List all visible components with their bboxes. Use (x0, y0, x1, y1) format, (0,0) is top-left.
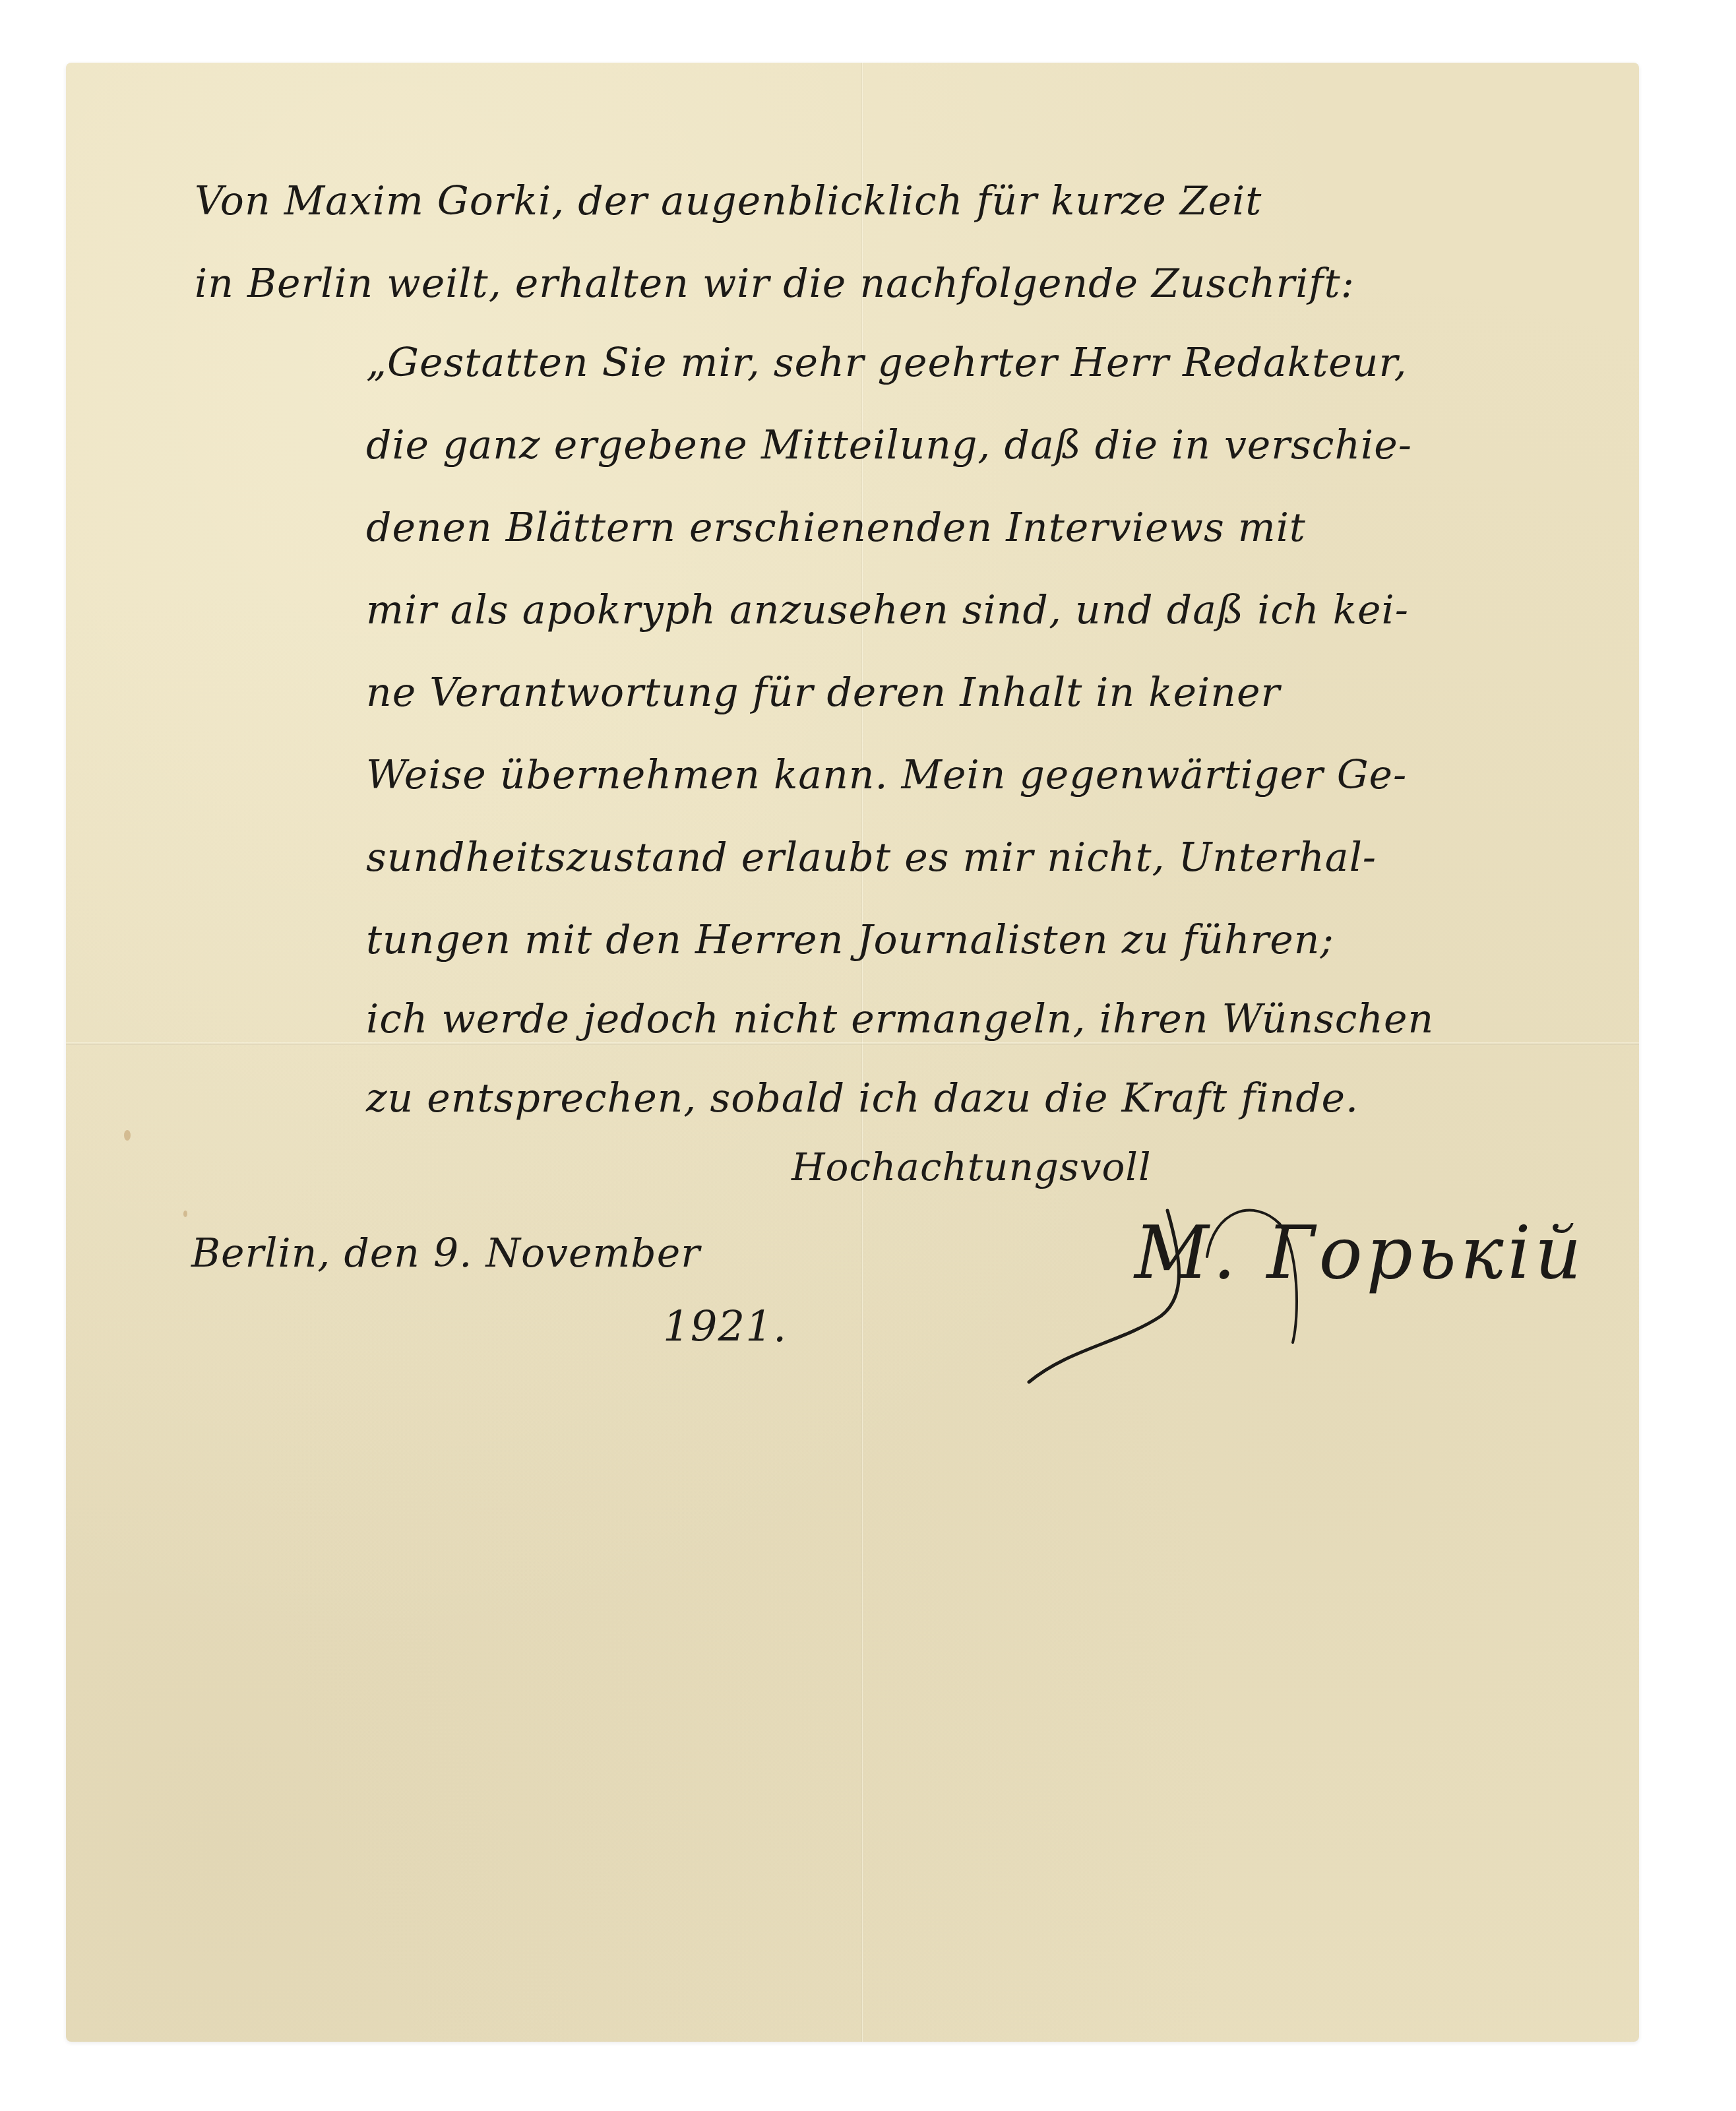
letter-sheet: Von Maxim Gorki, der augenblicklich für … (66, 63, 1639, 2042)
body-line: mir als apokryph anzusehen sind, und daß… (366, 587, 1409, 633)
intro-line: Von Maxim Gorki, der augenblicklich für … (195, 178, 1262, 224)
intro-line: in Berlin weilt, erhalten wir die nachfo… (195, 261, 1355, 307)
body-line: zu entsprechen, sobald ich dazu die Kraf… (366, 1075, 1359, 1121)
horizontal-fold-line (66, 1042, 1639, 1045)
body-line: sundheitszustand erlaubt es mir nicht, U… (366, 835, 1377, 881)
signature-text: М. Горькiй (1134, 1211, 1586, 1295)
signature: М. Горькiй (989, 1184, 1616, 1402)
place-date: Berlin, den 9. November (191, 1230, 700, 1276)
body-line: ich werde jedoch nicht ermangeln, ihren … (366, 996, 1434, 1042)
body-line: denen Blättern erschienenden Interviews … (366, 505, 1306, 551)
body-line: tungen mit den Herren Journalisten zu fü… (366, 917, 1334, 963)
body-line: Weise übernehmen kann. Mein gegenwärtige… (366, 752, 1407, 798)
foxing-spot (124, 1130, 131, 1141)
closing-salutation: Hochachtungsvoll (791, 1145, 1151, 1189)
foxing-spot (183, 1211, 187, 1217)
date-year: 1921. (663, 1303, 787, 1352)
body-line: die ganz ergebene Mitteilung, daß die in… (366, 422, 1412, 468)
body-line: „Gestatten Sie mir, sehr geehrter Herr R… (366, 340, 1408, 386)
body-line: ne Verantwortung für deren Inhalt in kei… (366, 670, 1280, 716)
